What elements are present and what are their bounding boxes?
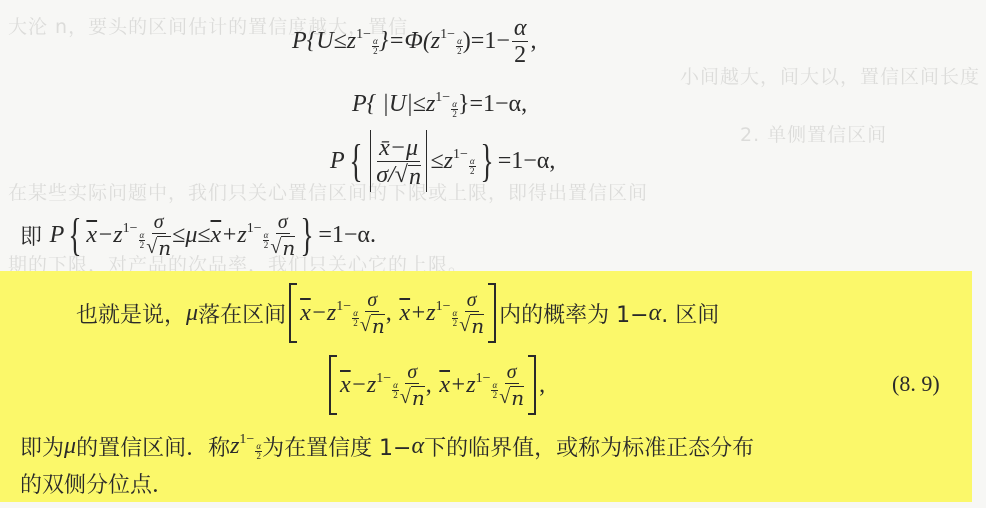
equation-standardized: P { x̄−μσ/√n ≤z1−α2 } =1−α,	[330, 126, 555, 196]
highlighted-paragraph-line-1: 也就是说， μ 落在区间 x−z1−α2 σ√n , x+z1−α2 σ√n 内…	[76, 280, 719, 346]
right-brace: }	[480, 138, 493, 184]
bleed-through-text: 2. 单侧置信区间	[740, 120, 887, 147]
equation-abs: P{ |U|≤z1−α2 }=1−α,	[352, 86, 527, 122]
equation-number: (8. 9)	[892, 371, 940, 397]
bleed-through-text: 小间越大，间大以，置信区间长度	[680, 62, 980, 89]
eq2-lhs: P{ |U|≤z	[352, 91, 435, 118]
right-bracket	[488, 283, 496, 343]
left-brace: {	[349, 138, 362, 184]
eq2-rhs: }=1−α,	[458, 91, 527, 118]
abs-bar-left	[370, 130, 372, 192]
left-bracket	[289, 283, 297, 343]
equation-cdf: P{U≤z1−α2 }=Φ(z1−α2 )=1− α2 ,	[292, 16, 536, 66]
highlighted-paragraph-line-2: 即为 μ 的置信区间．称 z1−α2 为在置信度 1−α 下的临界值，或称为标准…	[20, 428, 754, 464]
confidence-interval-formula: x−z1−α2 σ√n , x+z1−α2 σ√n ,	[326, 352, 545, 418]
eq1-fraction: α2	[512, 15, 529, 68]
equation-interval-probability: 即 P { x−z1−α2 σ√n ≤μ≤x+z1−α2 σ√n } =1−α.	[20, 202, 376, 268]
eq3-fraction: x̄−μσ/√n	[376, 135, 421, 188]
eq1-subscript-2: 1−α2	[440, 27, 463, 56]
eq1-mid: }=Φ(z	[379, 28, 440, 55]
eq1-lhs: P{U≤z	[292, 28, 356, 55]
eq1-subscript: 1−α2	[356, 27, 379, 56]
highlighted-paragraph-line-3: 的双侧分位点．	[20, 466, 174, 500]
abs-bar-right	[426, 130, 428, 192]
eq2-subscript: 1−α2	[435, 90, 458, 119]
eq1-rhs: )=1−	[463, 28, 510, 55]
